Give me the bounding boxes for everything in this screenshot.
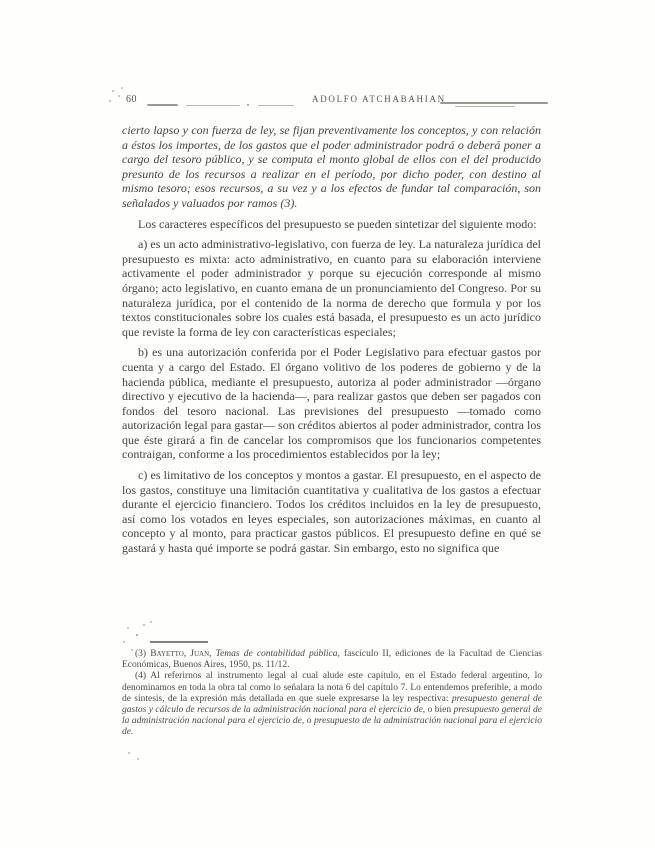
footnote-4-text: , o bien — [423, 705, 454, 715]
scan-speck — [123, 641, 125, 643]
footnote-3-author: Bayetto, Juan — [150, 649, 209, 659]
footnote-separator-rule — [150, 641, 208, 643]
body-text-column: cierto lapso y con fuerza de ley, se fij… — [122, 123, 541, 556]
footnote-4-text: , o — [302, 716, 314, 726]
footnotes-block: (3) Bayetto, Juan, Temas de contabilidad… — [122, 649, 542, 739]
continuation-paragraph: cierto lapso y con fuerza de ley, se fij… — [122, 123, 541, 211]
scan-speck — [137, 758, 139, 760]
scan-speck — [127, 627, 129, 629]
scan-dash — [440, 102, 548, 104]
footnote-4-marker: (4) — [135, 671, 150, 681]
scan-dash — [258, 105, 294, 106]
footnote-3-title: , Temas de contabilidad pública — [209, 649, 337, 659]
scan-speck — [143, 624, 145, 626]
scan-dash — [147, 104, 178, 106]
footnote-3-marker: (3) — [135, 649, 150, 659]
footnote-4: (4) Al referirnos al instrumento legal a… — [122, 671, 542, 738]
scan-speck — [247, 104, 249, 106]
footnote-3: (3) Bayetto, Juan, Temas de contabilidad… — [122, 649, 542, 671]
page-number: 60 — [126, 94, 137, 105]
scan-dash — [455, 106, 515, 107]
list-item-b: b) es una autorización conferida por el … — [122, 345, 541, 462]
scan-speck — [150, 621, 152, 623]
scanned-book-page: 60 Adolfo Atchabahian cierto lapso y con… — [0, 0, 655, 848]
scan-speck — [118, 95, 120, 97]
scan-speck — [109, 100, 111, 102]
scan-speck — [121, 87, 123, 89]
scan-dash — [186, 105, 240, 106]
running-head-author: Adolfo Atchabahian — [312, 94, 446, 104]
list-item-c: c) es limitativo de los conceptos y mont… — [122, 468, 541, 556]
scan-speck — [112, 90, 114, 92]
scan-speck — [136, 634, 138, 636]
intro-paragraph: Los caracteres específicos del presupues… — [122, 217, 541, 232]
list-item-a: a) es un acto administrativo-legislativo… — [122, 237, 541, 339]
scan-speck — [128, 752, 130, 754]
